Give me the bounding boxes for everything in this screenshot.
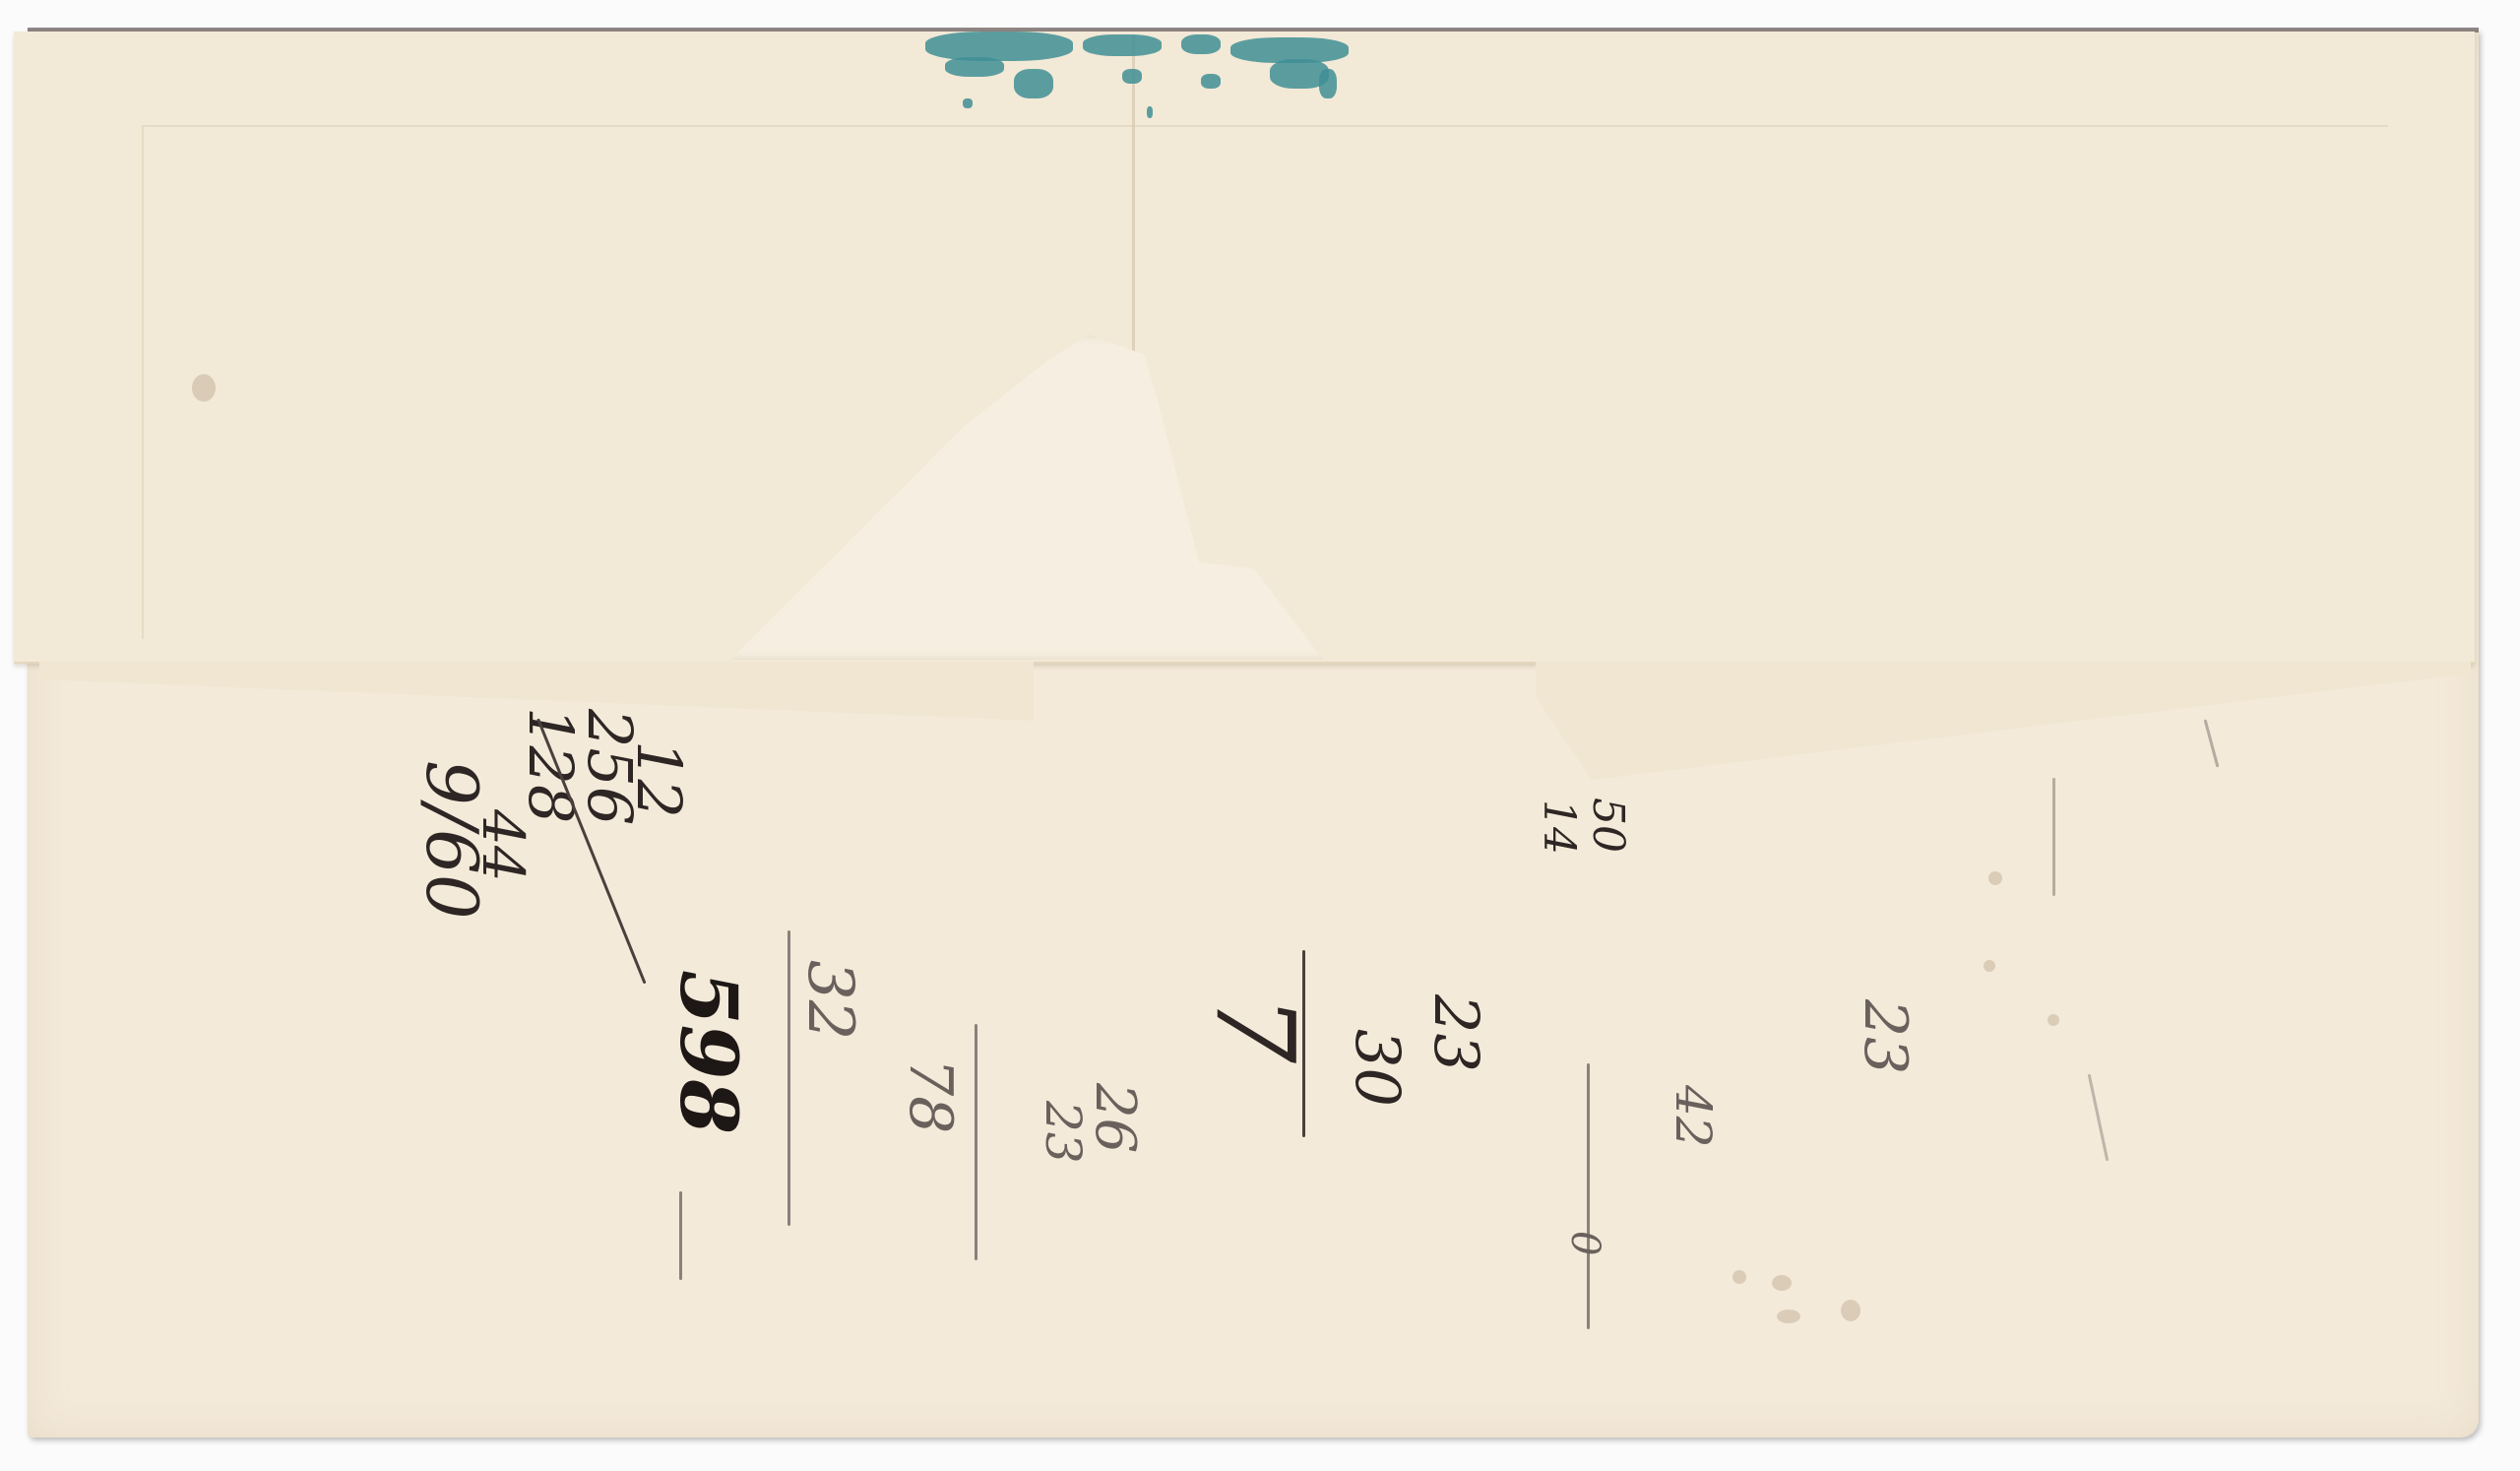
calc-f-line-1: 23 [1856, 999, 1915, 1074]
paper-stain [1777, 1310, 1800, 1323]
calc-d-line-1: 50 [1586, 798, 1629, 853]
fold-frame-crease [142, 125, 2388, 639]
paper-stain [192, 374, 216, 402]
paper-stain [1841, 1300, 1860, 1321]
calc-a-line-2: 256 [579, 709, 640, 825]
calc-c-line-2: 30 [1347, 1029, 1408, 1107]
calc-b-total-underline [679, 1191, 682, 1280]
paper-stain [1988, 871, 2002, 885]
calc-c-line-1: 23 [1425, 994, 1486, 1072]
calc-b-line-3: 78 [901, 1058, 960, 1133]
pencil-stroke [2052, 778, 2055, 896]
calc-b-line-2: 23 [1039, 1101, 1088, 1164]
calc-e-sum-line [1587, 1063, 1590, 1329]
calc-c-line-3: 7 [1201, 994, 1309, 1063]
paper-stain [1984, 960, 1995, 972]
calc-e-line-1: 42 [1669, 1085, 1718, 1148]
paper-stain [2047, 1014, 2059, 1026]
paper-stain [1732, 1270, 1746, 1284]
blue-postmark-fragment [906, 30, 1437, 108]
calc-b-line-1: 26 [1087, 1083, 1142, 1153]
calc-b-total: 598 [669, 970, 748, 1134]
calc-d-line-2: 14 [1537, 799, 1580, 855]
paper-stain [1772, 1275, 1792, 1291]
calc-b-sum-line-1 [975, 1024, 977, 1260]
calc-e-line-2: 0 [1565, 1231, 1605, 1255]
calc-b-line-4: 32 [798, 960, 861, 1040]
calc-a-total: 9/60 [416, 760, 487, 920]
calc-b-sum-line-2 [787, 930, 790, 1226]
